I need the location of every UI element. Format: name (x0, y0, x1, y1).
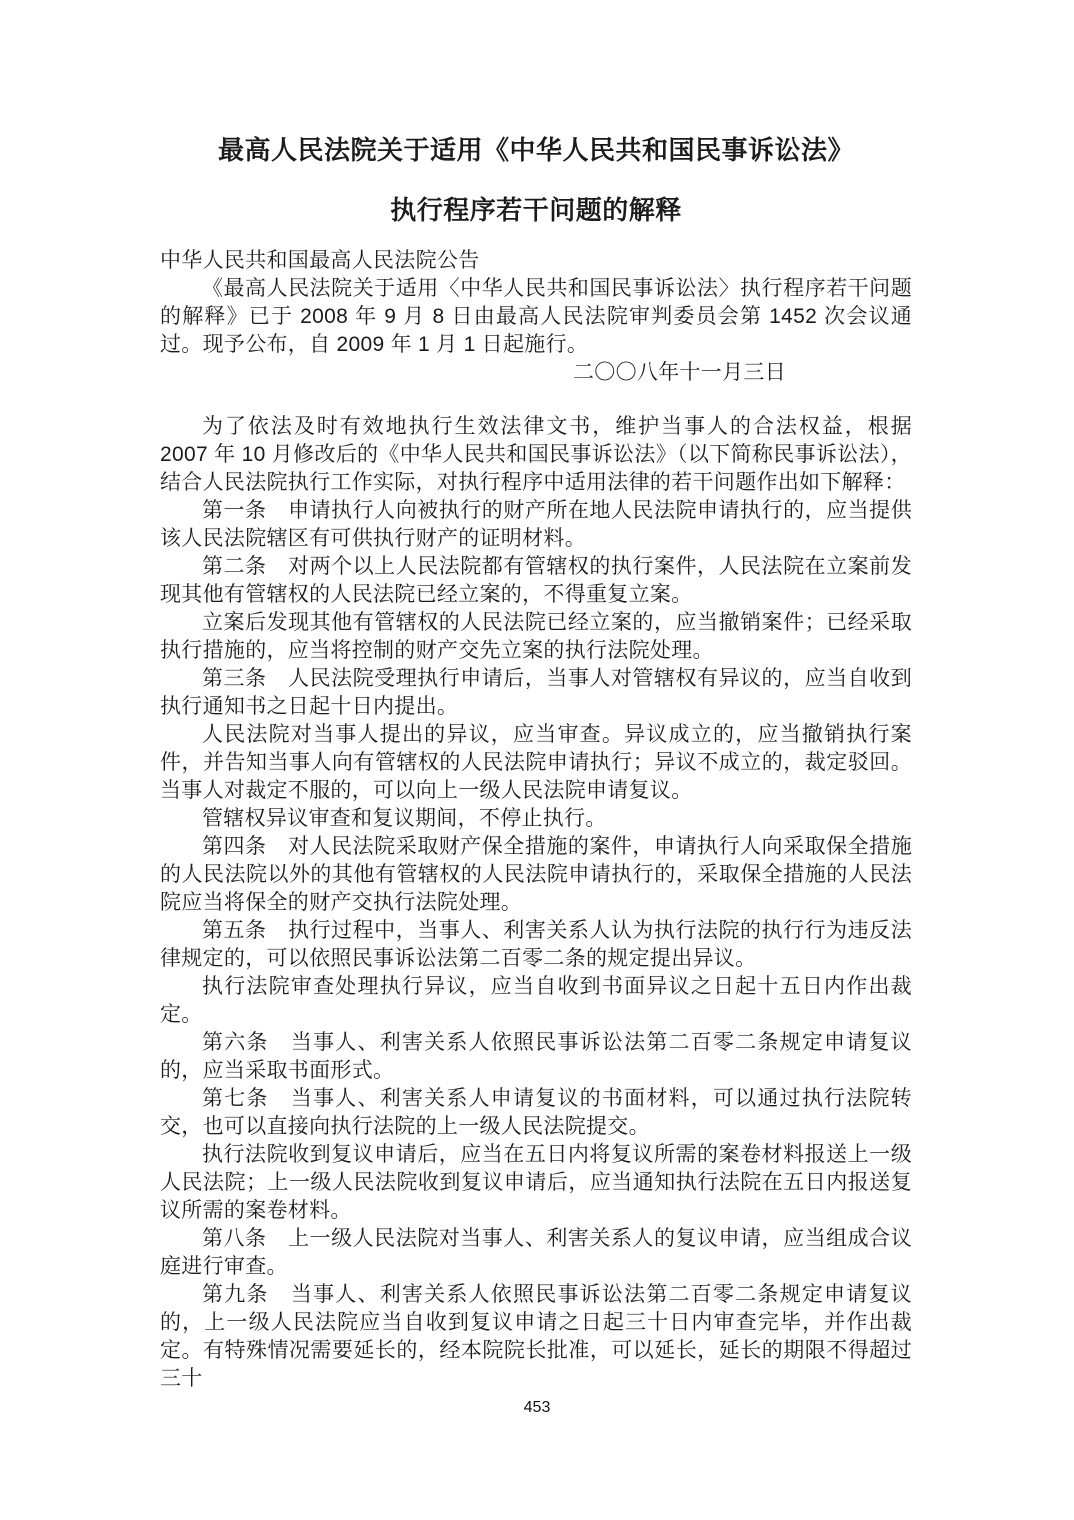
announcement-date: 二〇〇八年十一月三日 (160, 359, 912, 387)
document-page: { "page": { "background_color": "#ffffff… (0, 0, 1074, 1520)
announcement-heading: 中华人民共和国最高人民法院公告 (160, 247, 912, 275)
body-paragraph-article-6: 第六条 当事人、利害关系人依照民事诉讼法第二百零二条规定申请复议的，应当采取书面… (160, 1029, 912, 1085)
body-paragraph-article-7: 第七条 当事人、利害关系人申请复议的书面材料，可以通过执行法院转交，也可以直接向… (160, 1085, 912, 1141)
body-paragraph-article-3: 第三条 人民法院受理执行申请后，当事人对管辖权有异议的，应当自收到执行通知书之日… (160, 665, 912, 721)
body-paragraph-article-7-cont: 执行法院收到复议申请后，应当在五日内将复议所需的案卷材料报送上一级人民法院；上一… (160, 1141, 912, 1225)
announcement-body: 《最高人民法院关于适用〈中华人民共和国民事诉讼法〉执行程序若干问题的解释》已于 … (160, 275, 912, 359)
interpretation-text: 为了依法及时有效地执行生效法律文书，维护当事人的合法权益，根据 2007 年 1… (160, 413, 912, 1393)
body-paragraph-article-2-cont: 立案后发现其他有管辖权的人民法院已经立案的，应当撤销案件；已经采取执行措施的，应… (160, 609, 912, 665)
body-paragraph-article-2: 第二条 对两个以上人民法院都有管辖权的执行案件，人民法院在立案前发现其他有管辖权… (160, 553, 912, 609)
body-paragraph-article-5: 第五条 执行过程中，当事人、利害关系人认为执行法院的执行行为违反法律规定的，可以… (160, 917, 912, 973)
body-paragraph-article-3-cont2: 管辖权异议审查和复议期间，不停止执行。 (160, 805, 912, 833)
page-title-line2: 执行程序若干问题的解释 (160, 195, 912, 225)
announcement-section: 中华人民共和国最高人民法院公告 《最高人民法院关于适用〈中华人民共和国民事诉讼法… (160, 247, 912, 387)
body-paragraph-article-4: 第四条 对人民法院采取财产保全措施的案件，申请执行人向采取保全措施的人民法院以外… (160, 833, 912, 917)
body-paragraph-article-3-cont: 人民法院对当事人提出的异议，应当审查。异议成立的，应当撤销执行案件，并告知当事人… (160, 721, 912, 805)
body-paragraph-article-9: 第九条 当事人、利害关系人依照民事诉讼法第二百零二条规定申请复议的，上一级人民法… (160, 1281, 912, 1393)
page-title-line1: 最高人民法院关于适用《中华人民共和国民事诉讼法》 (160, 135, 912, 165)
body-paragraph-article-8: 第八条 上一级人民法院对当事人、利害关系人的复议申请，应当组成合议庭进行审查。 (160, 1225, 912, 1281)
body-paragraph-preamble: 为了依法及时有效地执行生效法律文书，维护当事人的合法权益，根据 2007 年 1… (160, 413, 912, 497)
body-paragraph-article-1: 第一条 申请执行人向被执行的财产所在地人民法院申请执行的，应当提供该人民法院辖区… (160, 497, 912, 553)
document-body: 最高人民法院关于适用《中华人民共和国民事诉讼法》 执行程序若干问题的解释 中华人… (160, 135, 912, 1393)
page-number: 453 (0, 1398, 1074, 1418)
body-paragraph-article-5-cont: 执行法院审查处理执行异议，应当自收到书面异议之日起十五日内作出裁定。 (160, 973, 912, 1029)
